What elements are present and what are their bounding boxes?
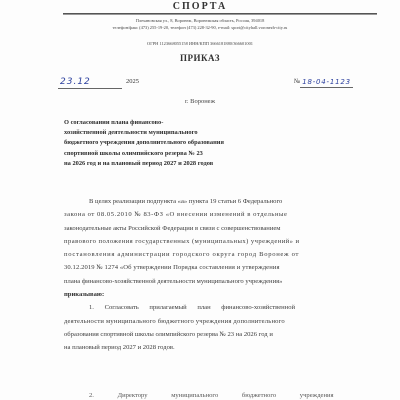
order-word: приказываю: [64,288,374,301]
body-line: 30.12.2019 № 1274 «Об утверждении Порядк… [64,261,374,274]
item-1-line: 1. Согласовать прилагаемый план финансов… [64,301,374,314]
subject-line: хозяйственной деятельности муниципальног… [64,128,354,138]
address-line: Плехановская ул., 8, Воронеж, Воронежска… [0,18,400,24]
body-line: законодательные акты Российской Федераци… [64,222,374,235]
handwritten-date: 23.12 [58,77,122,89]
subject-line: бюджетного учреждения дополнительного об… [64,138,354,148]
item-1-line: образования спортивной школы олимпийског… [64,328,374,341]
contacts-line: телефон/факс (473) 255-19-20, телефон (4… [0,25,400,31]
organization-name: СПОРТА [0,1,400,12]
order-subject: О согласовании плана финансово- хозяйств… [64,118,354,169]
subject-line: О согласовании плана финансово- [64,118,354,128]
body-line: правового положения государственных (мун… [64,235,374,248]
body-line: плана финансово-хозяйственной деятельнос… [64,275,374,288]
item-2-line: 2. Директору муниципального бюджетного у… [64,392,334,399]
order-year: 2025 [126,78,139,85]
handwritten-number: 18-04-1123 [300,77,353,88]
order-body: В целях реализации подпункта «а» пункта … [64,195,374,355]
item-2-partial: 2. Директору муниципального бюджетного у… [64,392,374,400]
subject-line: на 2026 год и на плановый период 2027 и … [64,159,354,169]
date-number-row: 23.12 2025 №18-04-1123 [58,77,378,91]
document-page: СПОРТА Плехановская ул., 8, Воронеж, Вор… [0,0,400,400]
order-number: №18-04-1123 [294,77,353,88]
subject-line: спортивной школы олимпийского резерва № … [64,149,354,159]
body-line: В целях реализации подпункта «а» пункта … [64,195,374,208]
order-title: ПРИКАЗ [0,53,400,63]
body-line: закона от 08.05.2010 № 83-ФЗ «О внесении… [64,208,374,221]
item-1-line: деятельности муниципального бюджетного у… [64,315,374,328]
body-line: постановления администрации городского о… [64,248,374,261]
item-1-line: на плановый период 2027 и 2028 годов. [64,341,374,354]
header-divider [63,13,377,15]
city-line: г. Воронеж [0,98,400,105]
registry-line: ОГРН 1123668055158 ИНН/КПП 3666181880/36… [0,41,400,47]
